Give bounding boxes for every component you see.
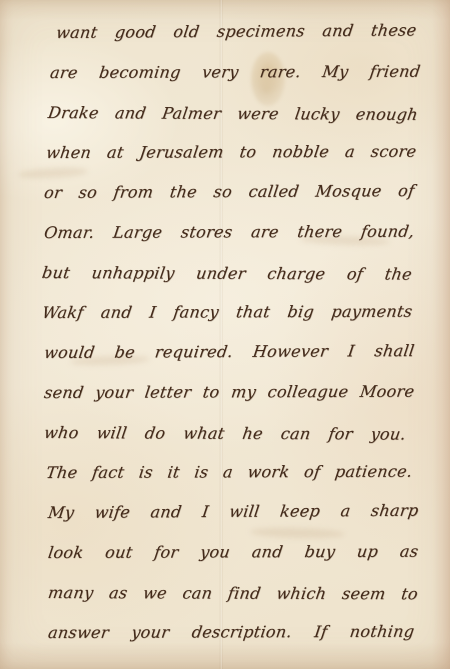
handwriting-line: look out for you and buy up as [46, 535, 421, 572]
handwriting-line: many as we can find which seem to [45, 576, 420, 613]
handwriting-line: Omar. Large stores are there found, [42, 215, 417, 252]
handwriting-line: The fact is it is a work of patience. [44, 455, 415, 492]
handwriting-line: Wakf and I fancy that big payments [40, 295, 415, 332]
handwriting-line: or so from the so called Mosque of [42, 174, 417, 212]
handwriting-line: My wife and I will keep a sharp [46, 494, 421, 532]
handwriting-line: would be required. However I shall [42, 334, 417, 372]
letter-page: want good old specimens and these are be… [0, 0, 450, 669]
letter-body: want good old specimens and these are be… [0, 0, 450, 669]
handwriting-line: when at Jerusalem to nobble a score [44, 135, 419, 172]
handwriting-line: Drake and Palmer were lucky enough [45, 96, 420, 134]
handwriting-line: who will do what he can for you. [41, 416, 408, 454]
handwriting-line: send your letter to my colleague Moore [42, 375, 417, 412]
handwriting-line: answer your description. If nothing [46, 615, 417, 652]
handwriting-line: want good old specimens and these [54, 13, 419, 52]
handwriting-line: but unhappily under charge of the [39, 256, 414, 294]
handwriting-line: are becoming very rare. My friend [48, 55, 423, 92]
